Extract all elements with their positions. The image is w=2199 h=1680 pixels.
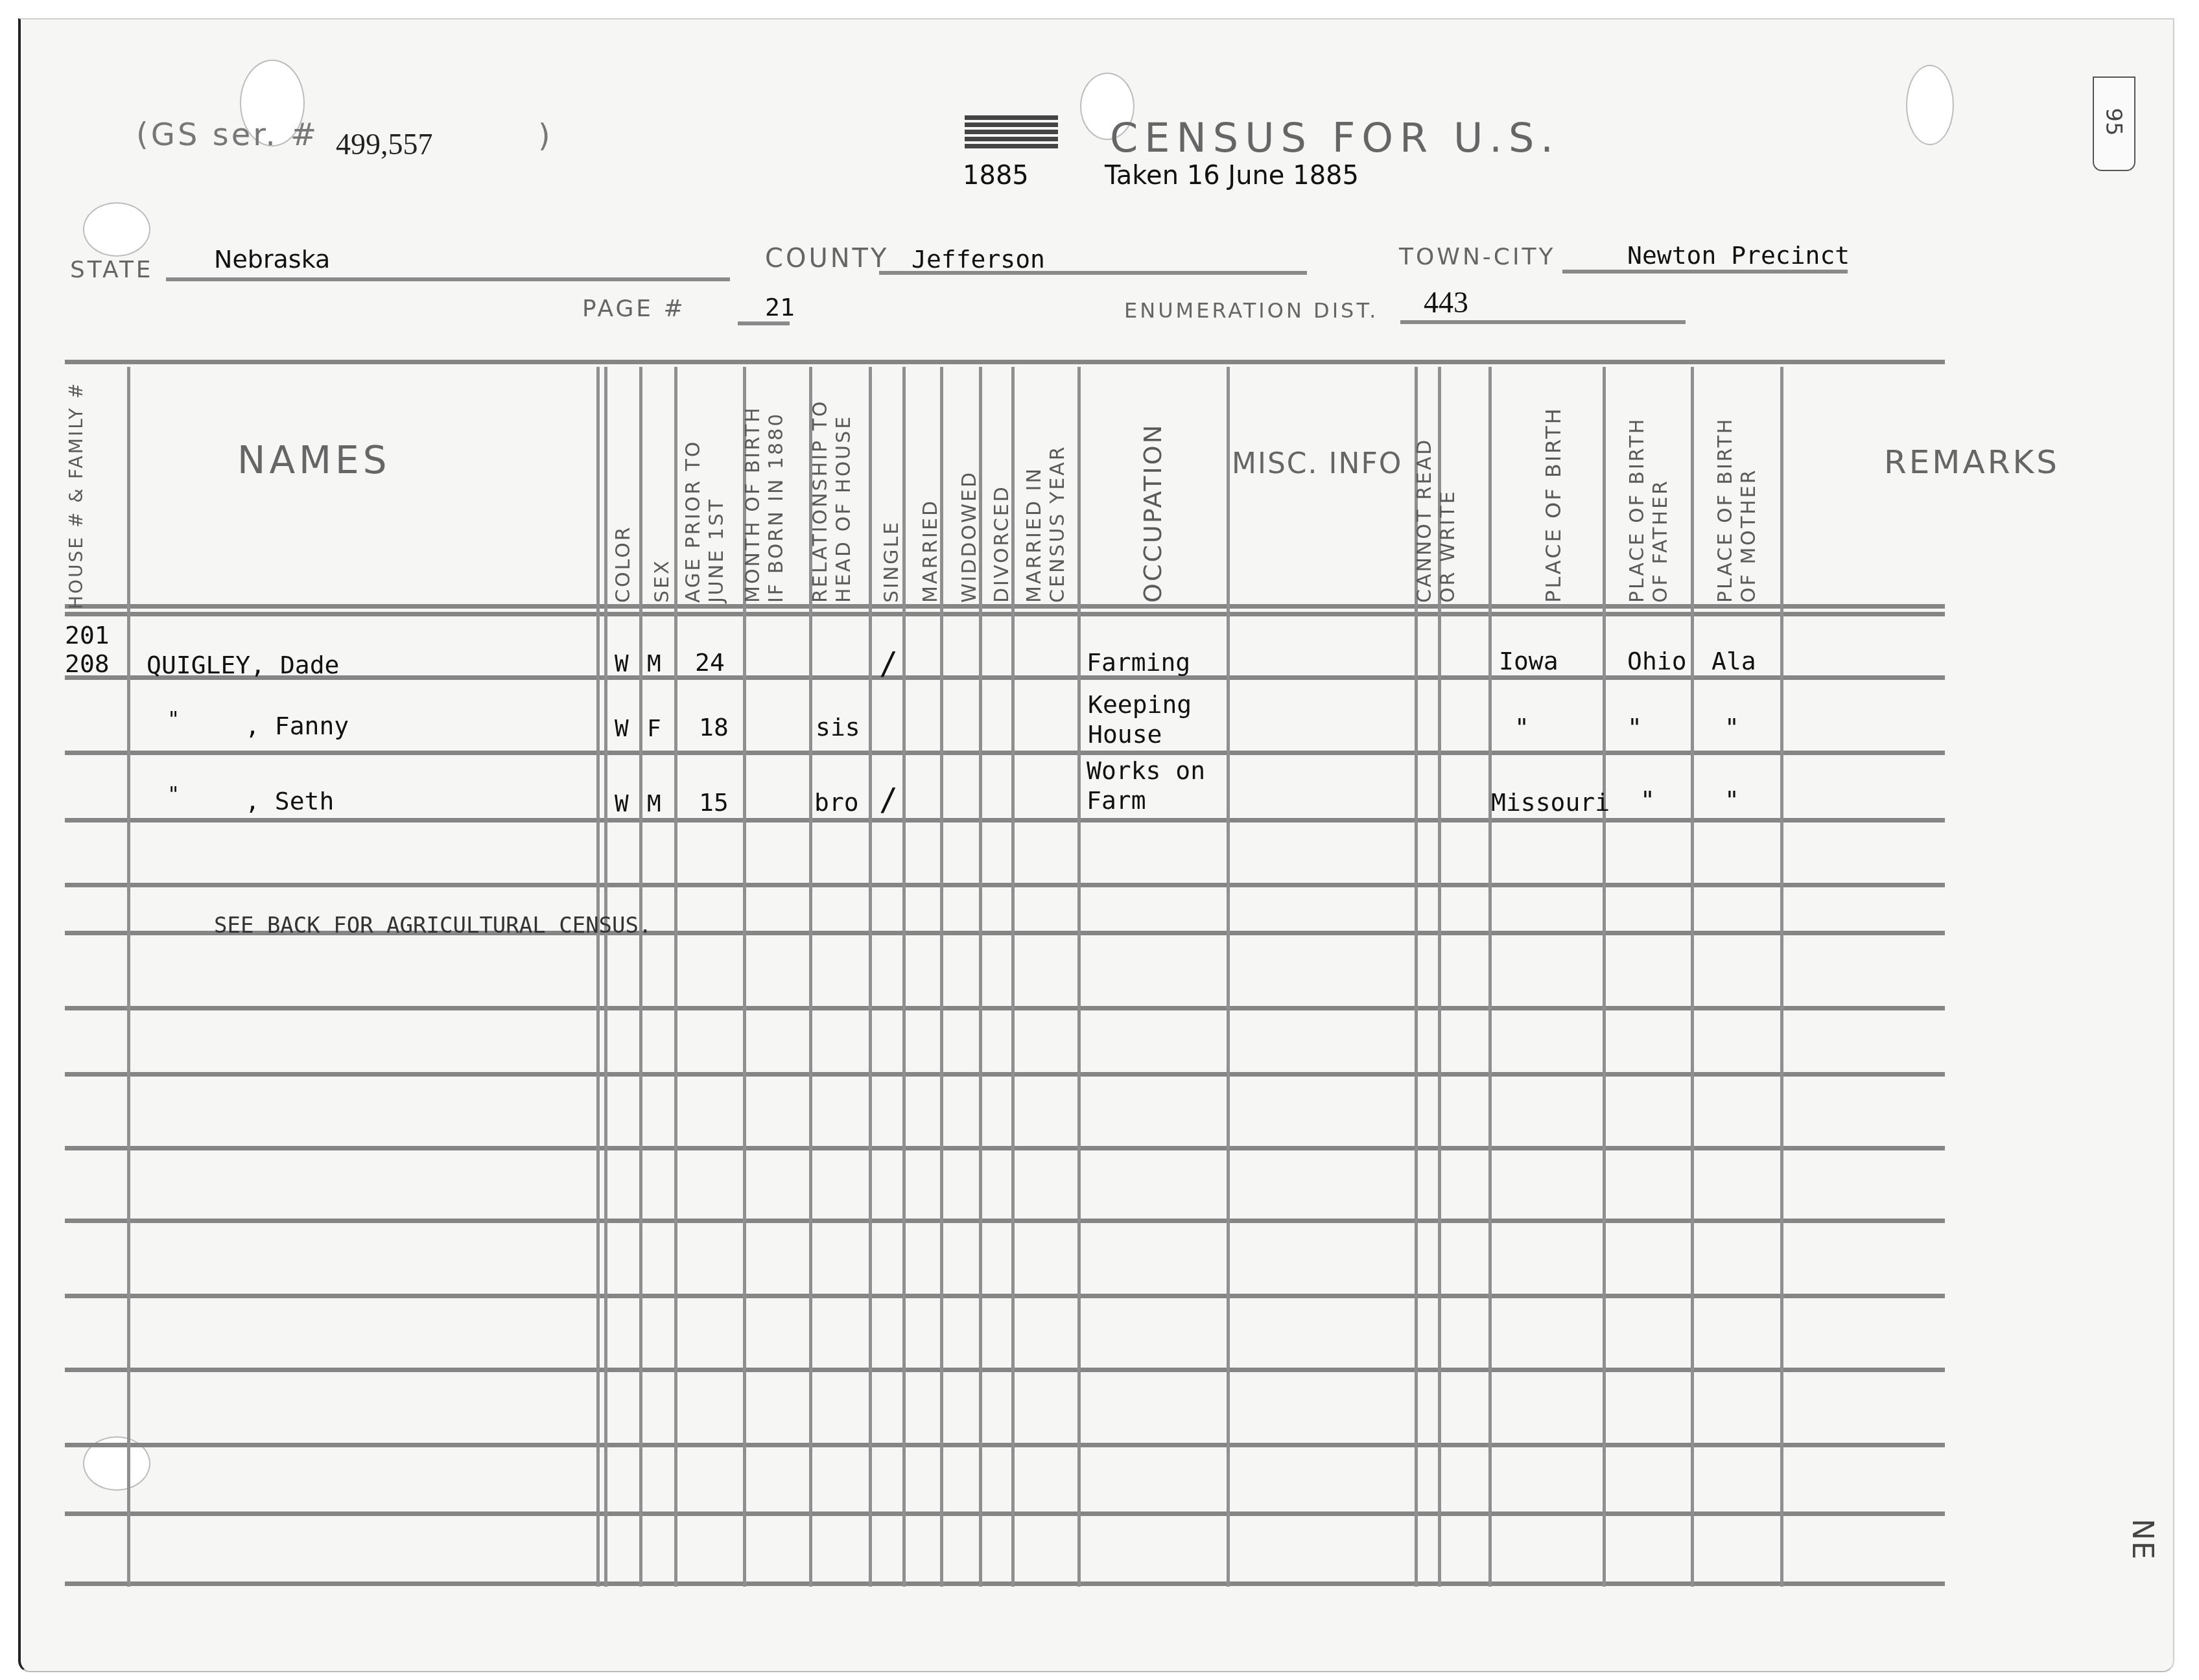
struck-year [965, 115, 1058, 149]
house-number[interactable]: 201 [65, 621, 110, 649]
age-cell[interactable]: 18 [699, 713, 729, 741]
row-rule [65, 604, 1945, 609]
age-cell[interactable]: 24 [695, 648, 725, 677]
agricultural-census-note: SEE BACK FOR AGRICULTURAL CENSUS. [214, 913, 652, 939]
sex-cell[interactable]: M [647, 651, 661, 677]
row-rule [65, 360, 1945, 364]
page-underline [738, 321, 790, 325]
row-rule [65, 1294, 1945, 1298]
header-single: SINGLE [880, 480, 904, 603]
name-cell[interactable]: , Seth [245, 787, 334, 815]
row-rule [65, 1219, 1945, 1223]
column-rule [604, 367, 607, 1587]
state-value[interactable]: Nebraska [214, 245, 330, 274]
header-birth-father: PLACE OF BIRTH OF FATHER [1626, 369, 1673, 603]
column-rule [869, 367, 872, 1587]
row-rule [65, 1368, 1945, 1372]
occupation-cell[interactable]: Works on Farm [1087, 756, 1229, 815]
town-city-underline [1562, 270, 1848, 274]
place-of-birth-cell[interactable]: Iowa [1499, 647, 1558, 675]
gs-ref-value: 499,557 [336, 127, 433, 161]
father-birth-cell[interactable]: Ohio [1627, 647, 1687, 675]
county-underline [879, 271, 1307, 275]
sex-cell[interactable]: M [647, 791, 661, 817]
name-ditto[interactable]: " [167, 706, 180, 731]
mother-birth-cell[interactable]: " [1724, 786, 1739, 814]
header-remarks: REMARKS [1884, 443, 2060, 481]
row-rule [65, 1581, 1945, 1586]
place-of-birth-cell[interactable]: " [1514, 713, 1529, 741]
column-rule [1691, 367, 1694, 1587]
corner-mark: NE [2126, 1519, 2159, 1561]
header-cannot-read-write: CANNOT READ OR WRITE [1413, 382, 1460, 603]
row-rule [65, 1006, 1945, 1010]
census-taken-date: Taken 16 June 1885 [1105, 161, 1359, 191]
row-rule [65, 1072, 1945, 1077]
county-label: COUNTY [765, 244, 889, 274]
color-cell[interactable]: W [615, 791, 629, 817]
enumeration-district-underline [1400, 320, 1686, 324]
row-rule [65, 1443, 1945, 1447]
occupation-cell[interactable]: Farming [1087, 648, 1190, 677]
single-mark[interactable]: / [879, 646, 898, 682]
family-number[interactable]: 208 [65, 649, 110, 678]
town-city-label: TOWN-CITY [1399, 244, 1556, 270]
enumeration-district-label: ENUMERATION DIST. [1124, 298, 1378, 323]
enumeration-district-value[interactable]: 443 [1424, 285, 1468, 320]
census-year: 1885 [963, 161, 1029, 191]
column-rule [674, 367, 677, 1587]
column-rule [1488, 367, 1492, 1587]
row-rule [65, 675, 1945, 680]
mother-birth-cell[interactable]: " [1724, 713, 1739, 741]
header-divorced: DIVORCED [991, 454, 1014, 603]
column-rule [1077, 367, 1081, 1587]
row-rule [65, 883, 1945, 887]
header-married: MARRIED [919, 447, 943, 603]
column-rule [1227, 367, 1230, 1587]
color-cell[interactable]: W [615, 651, 629, 677]
mother-birth-cell[interactable]: Ala [1711, 647, 1756, 675]
punch-hole [83, 202, 150, 257]
row-rule [65, 1146, 1945, 1150]
father-birth-cell[interactable]: " [1627, 713, 1642, 741]
gs-ref-label: (GS ser. # [136, 117, 319, 153]
corner-tab: 95 [2093, 76, 2135, 171]
header-house-family: HOUSE # & FAMILY # [65, 454, 88, 609]
census-title: CENSUS FOR U.S. [1110, 114, 1560, 161]
gs-ref-close: ) [538, 118, 553, 154]
row-rule [65, 612, 1945, 616]
page-number-label: PAGE # [582, 296, 686, 322]
color-cell[interactable]: W [615, 716, 629, 742]
corner-tab-number: 95 [2100, 108, 2126, 135]
row-rule [65, 751, 1945, 755]
sex-cell[interactable]: F [647, 716, 661, 742]
header-color: COLOR [612, 506, 635, 603]
father-birth-cell[interactable]: " [1640, 786, 1655, 814]
relationship-cell[interactable]: bro [814, 788, 859, 817]
row-rule [65, 818, 1945, 822]
header-birth-mother: PLACE OF BIRTH OF MOTHER [1714, 369, 1761, 603]
column-rule [596, 367, 600, 1587]
header-misc-info: MISC. INFO [1232, 447, 1402, 480]
town-city-value[interactable]: Newton Precinct [1627, 241, 1850, 270]
column-rule [127, 367, 130, 1587]
header-place-of-birth: PLACE OF BIRTH [1542, 389, 1565, 603]
name-cell[interactable]: , Fanny [245, 712, 349, 740]
age-cell[interactable]: 15 [699, 788, 729, 817]
relationship-cell[interactable]: sis [816, 713, 860, 741]
row-rule [65, 1511, 1945, 1516]
header-married-in-census-year: MARRIED IN CENSUS YEAR [1023, 389, 1070, 603]
place-of-birth-cell[interactable]: Missouri [1491, 788, 1610, 817]
single-mark[interactable]: / [879, 782, 898, 818]
occupation-cell[interactable]: Keeping House [1088, 690, 1217, 749]
header-widowed: WIDDOWED [958, 441, 982, 603]
census-sheet [18, 18, 2174, 1672]
header-names: NAMES [237, 438, 391, 482]
name-cell[interactable]: QUIGLEY, Dade [147, 651, 339, 679]
column-rule [639, 367, 642, 1587]
column-rule [1780, 367, 1783, 1587]
punch-hole [1906, 65, 1954, 145]
name-ditto[interactable]: " [167, 782, 180, 806]
page-number-value[interactable]: 21 [765, 293, 795, 321]
header-month-birth: MONTH OF BIRTH IF BORN IN 1880 [742, 369, 788, 603]
state-underline [166, 277, 730, 281]
county-value[interactable]: Jefferson [911, 245, 1045, 274]
header-occupation: OCCUPATION [1141, 382, 1164, 603]
state-label: STATE [70, 257, 154, 283]
header-age: AGE PRIOR TO JUNE 1ST [682, 402, 729, 603]
column-rule [1603, 367, 1606, 1587]
header-sex: SEX [651, 506, 674, 603]
header-relationship: RELATIONSHIP TO HEAD OF HOUSE [809, 369, 856, 603]
